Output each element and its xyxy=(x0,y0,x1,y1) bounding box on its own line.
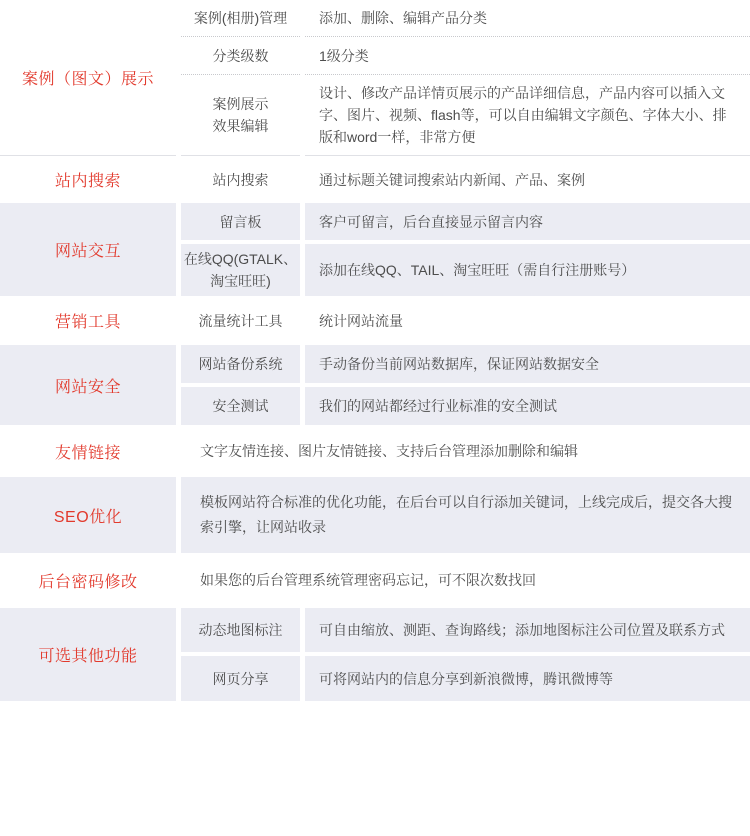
category-label: 案例（图文）展示 xyxy=(0,0,176,155)
feature-cell: 网站备份系统 xyxy=(181,345,300,383)
description-cell: 可将网站内的信息分享到新浪微博，腾讯微博等 xyxy=(305,656,750,701)
section-rows: 动态地图标注 可自由缩放、测距、查询路线；添加地图标注公司位置及联系方式 网页分… xyxy=(181,608,750,701)
description-cell: 模板网站符合标准的优化功能，在后台可以自行添加关键词，上线完成后，提交各大搜索引… xyxy=(181,477,750,553)
description-cell: 设计、修改产品详情页展示的产品详细信息，产品内容可以插入文字、图片、视频、fla… xyxy=(305,75,750,155)
section-site-search: 站内搜索 站内搜索 通过标题关键词搜索站内新闻、产品、案例 xyxy=(0,156,750,203)
section-site-security: 网站安全 网站备份系统 手动备份当前网站数据库，保证网站数据安全 安全测试 我们… xyxy=(0,345,750,425)
description-cell: 添加在线QQ、TAIL、淘宝旺旺（需自行注册账号） xyxy=(305,244,750,296)
description-cell: 统计网站流量 xyxy=(305,296,750,345)
feature-table-page: 案例（图文）展示 案例(相册)管理 添加、删除、编辑产品分类 分类级数 1级分类… xyxy=(0,0,750,836)
category-label: 可选其他功能 xyxy=(0,608,176,701)
table-row: 流量统计工具 统计网站流量 xyxy=(181,296,750,345)
section-case-display: 案例（图文）展示 案例(相册)管理 添加、删除、编辑产品分类 分类级数 1级分类… xyxy=(0,0,750,155)
category-label: 网站安全 xyxy=(0,345,176,425)
table-row: 留言板 客户可留言，后台直接显示留言内容 xyxy=(181,203,750,240)
section-rows: 流量统计工具 统计网站流量 xyxy=(181,296,750,345)
description-cell: 手动备份当前网站数据库，保证网站数据安全 xyxy=(305,345,750,383)
table-row: 分类级数 1级分类 xyxy=(181,37,750,75)
feature-cell: 网页分享 xyxy=(181,656,300,701)
category-label: 站内搜索 xyxy=(0,156,176,203)
description-cell: 如果您的后台管理系统管理密码忘记，可不限次数找回 xyxy=(181,553,750,608)
section-marketing-tools: 营销工具 流量统计工具 统计网站流量 xyxy=(0,296,750,345)
table-row: 安全测试 我们的网站都经过行业标准的安全测试 xyxy=(181,387,750,425)
section-rows: 留言板 客户可留言，后台直接显示留言内容 在线QQ(GTALK、 淘宝旺旺) 添… xyxy=(181,203,750,296)
feature-cell: 留言板 xyxy=(181,203,300,240)
description-cell: 添加、删除、编辑产品分类 xyxy=(305,0,750,37)
section-rows: 站内搜索 通过标题关键词搜索站内新闻、产品、案例 xyxy=(181,156,750,203)
category-label: 友情链接 xyxy=(0,425,176,477)
description-cell: 通过标题关键词搜索站内新闻、产品、案例 xyxy=(305,156,750,203)
category-label: SEO优化 xyxy=(0,477,176,553)
category-label: 营销工具 xyxy=(0,296,176,345)
description-cell: 客户可留言，后台直接显示留言内容 xyxy=(305,203,750,240)
table-row: 网页分享 可将网站内的信息分享到新浪微博，腾讯微博等 xyxy=(181,656,750,701)
feature-cell: 流量统计工具 xyxy=(181,296,300,345)
section-seo: SEO优化 模板网站符合标准的优化功能，在后台可以自行添加关键词，上线完成后，提… xyxy=(0,477,750,553)
category-label: 后台密码修改 xyxy=(0,553,176,608)
table-row: 网站备份系统 手动备份当前网站数据库，保证网站数据安全 xyxy=(181,345,750,383)
description-cell: 1级分类 xyxy=(305,37,750,75)
table-row: 案例(相册)管理 添加、删除、编辑产品分类 xyxy=(181,0,750,37)
feature-cell: 站内搜索 xyxy=(181,156,300,203)
section-rows: 案例(相册)管理 添加、删除、编辑产品分类 分类级数 1级分类 案例展示 效果编… xyxy=(181,0,750,155)
feature-cell: 在线QQ(GTALK、 淘宝旺旺) xyxy=(181,244,300,296)
feature-cell: 案例(相册)管理 xyxy=(181,0,300,37)
section-site-interaction: 网站交互 留言板 客户可留言，后台直接显示留言内容 在线QQ(GTALK、 淘宝… xyxy=(0,203,750,296)
table-row: 站内搜索 通过标题关键词搜索站内新闻、产品、案例 xyxy=(181,156,750,203)
category-label: 网站交互 xyxy=(0,203,176,296)
table-row: 动态地图标注 可自由缩放、测距、查询路线；添加地图标注公司位置及联系方式 xyxy=(181,608,750,652)
feature-cell: 安全测试 xyxy=(181,387,300,425)
description-cell: 可自由缩放、测距、查询路线；添加地图标注公司位置及联系方式 xyxy=(305,608,750,652)
section-optional-features: 可选其他功能 动态地图标注 可自由缩放、测距、查询路线；添加地图标注公司位置及联… xyxy=(0,608,750,701)
table-row: 在线QQ(GTALK、 淘宝旺旺) 添加在线QQ、TAIL、淘宝旺旺（需自行注册… xyxy=(181,244,750,296)
description-cell: 我们的网站都经过行业标准的安全测试 xyxy=(305,387,750,425)
feature-cell: 分类级数 xyxy=(181,37,300,75)
table-row: 案例展示 效果编辑 设计、修改产品详情页展示的产品详细信息，产品内容可以插入文字… xyxy=(181,75,750,155)
feature-cell: 案例展示 效果编辑 xyxy=(181,75,300,155)
section-admin-password: 后台密码修改 如果您的后台管理系统管理密码忘记，可不限次数找回 xyxy=(0,553,750,608)
section-friend-links: 友情链接 文字友情连接、图片友情链接、支持后台管理添加删除和编辑 xyxy=(0,425,750,477)
feature-cell: 动态地图标注 xyxy=(181,608,300,652)
description-cell: 文字友情连接、图片友情链接、支持后台管理添加删除和编辑 xyxy=(181,425,750,477)
section-rows: 网站备份系统 手动备份当前网站数据库，保证网站数据安全 安全测试 我们的网站都经… xyxy=(181,345,750,425)
